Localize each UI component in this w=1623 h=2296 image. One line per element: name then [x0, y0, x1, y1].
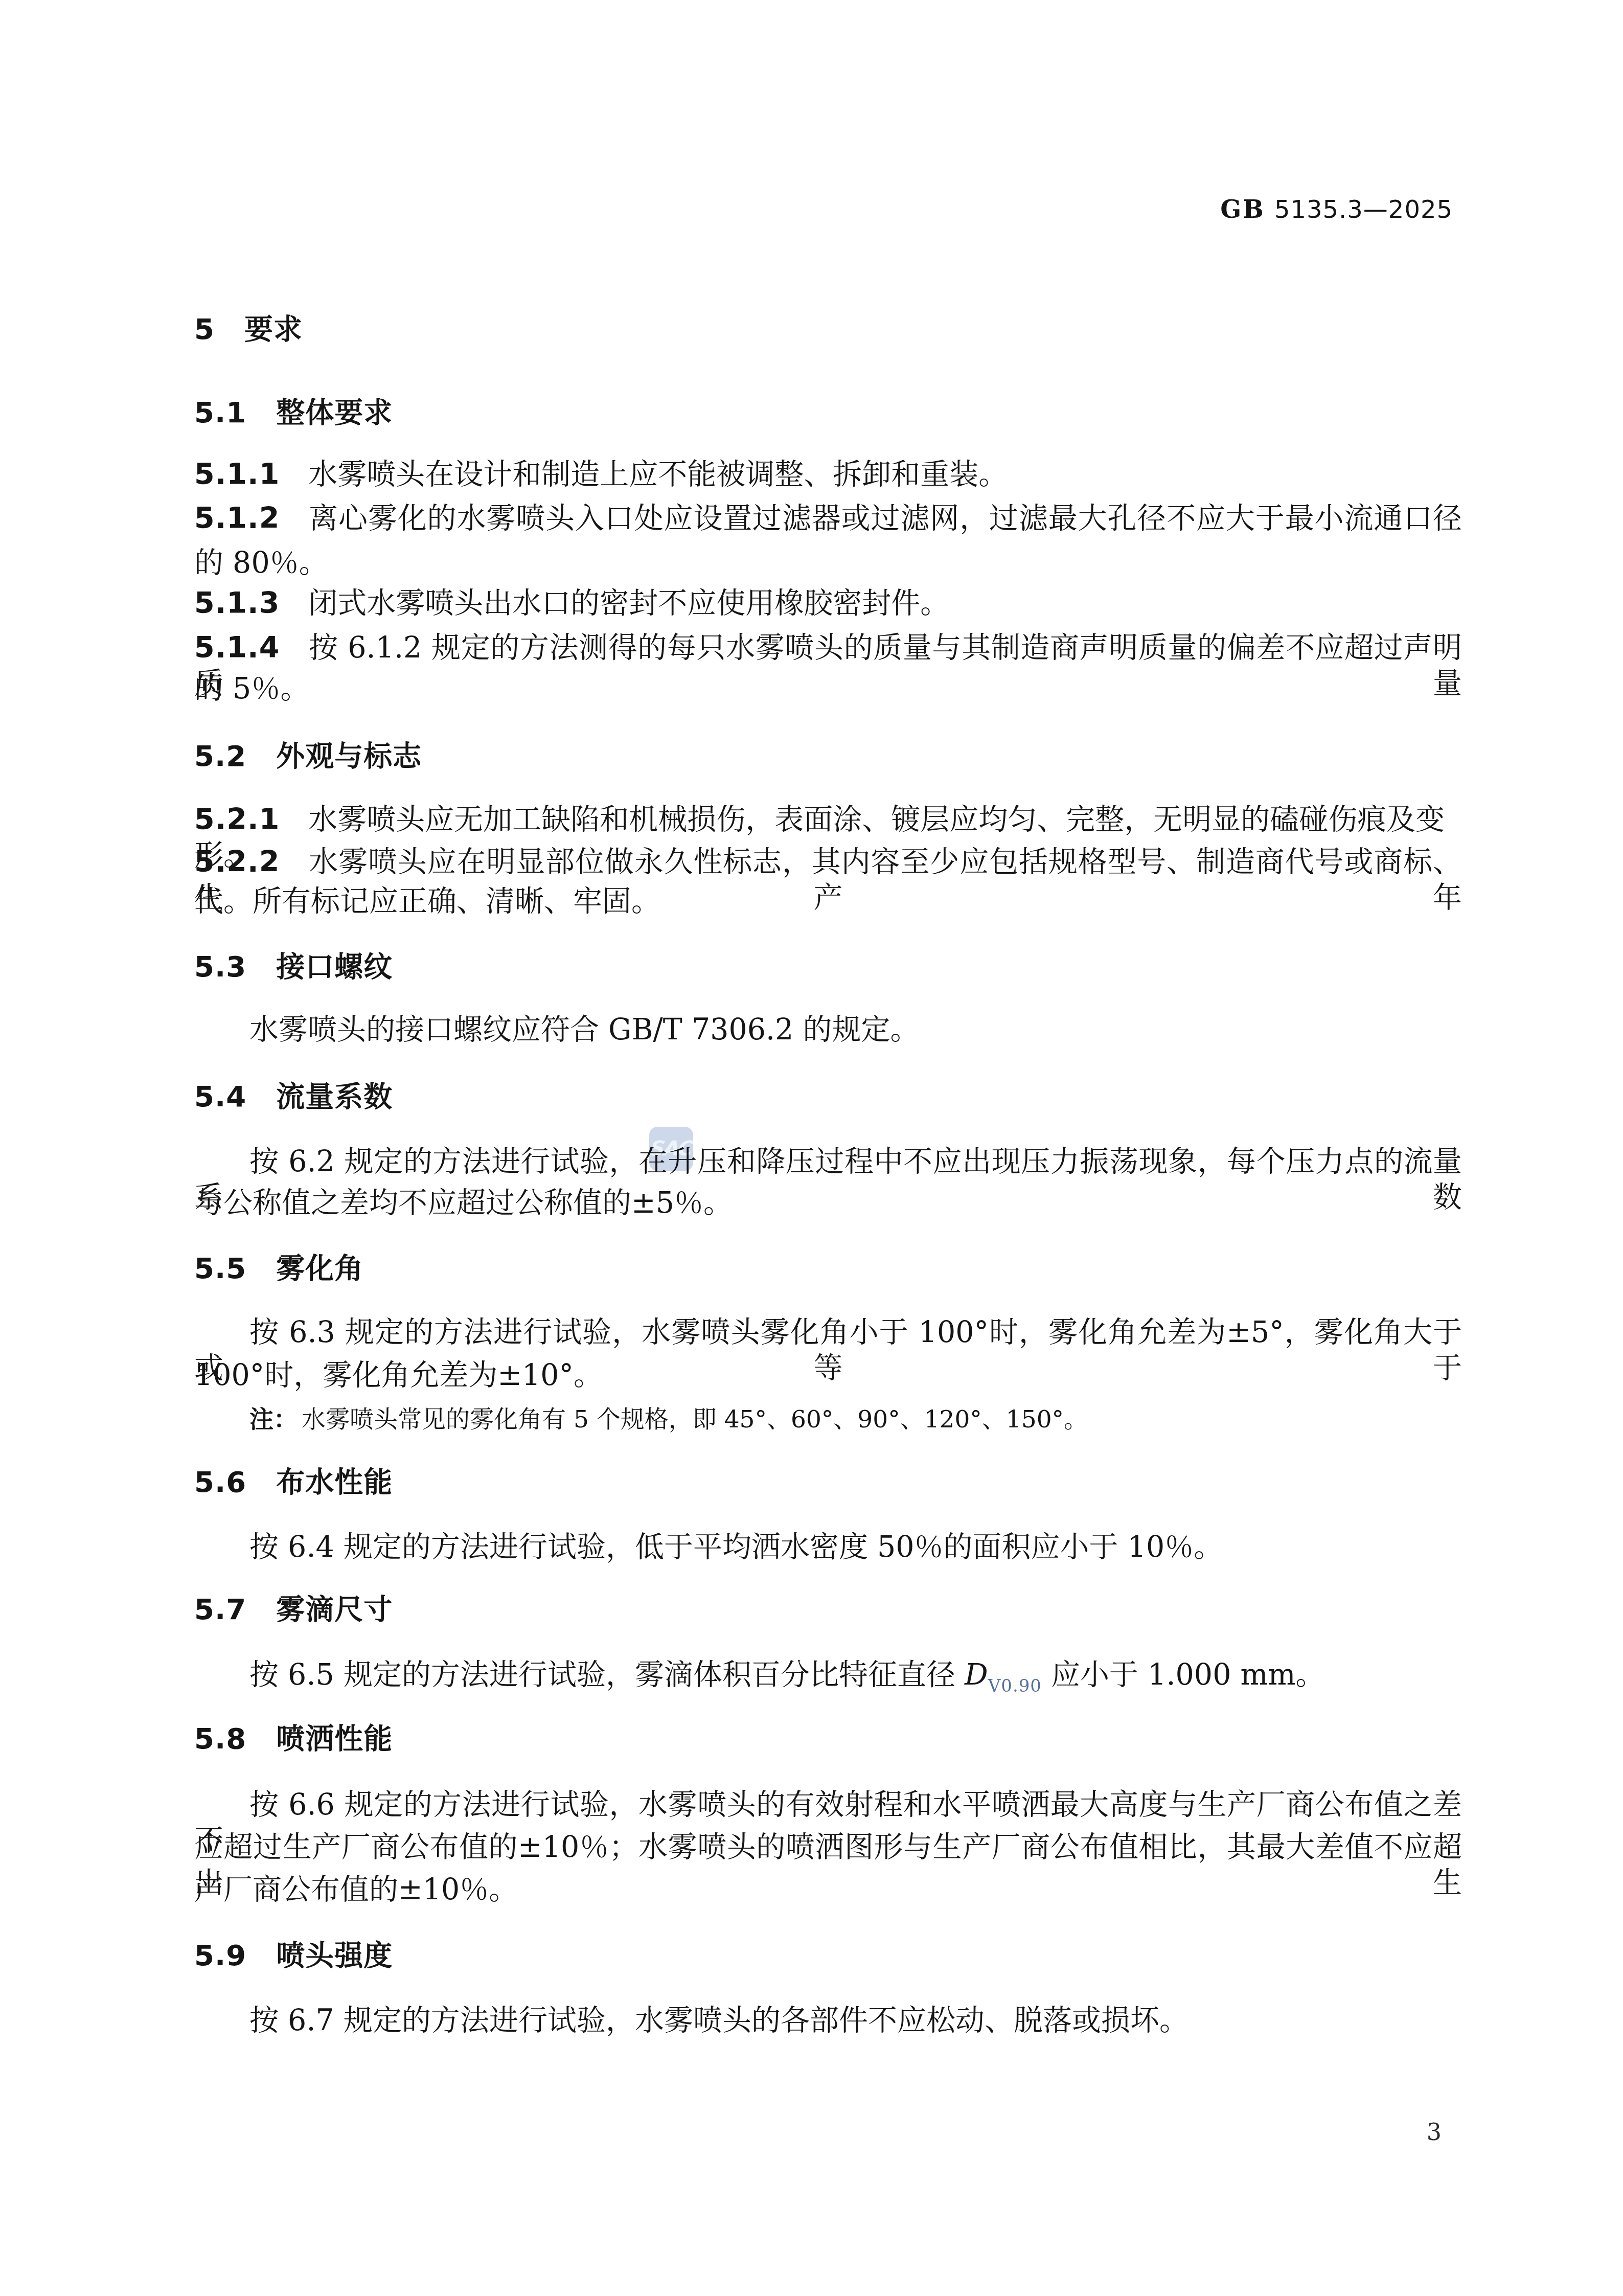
clause-text: 按 6.7 规定的方法进行试验，水雾喷头的各部件不应松动、脱落或损坏。	[249, 2004, 1188, 2037]
clause-5-7-heading: 5.7雾滴尺寸	[194, 1593, 1462, 1627]
clause-number: 5.9	[194, 1939, 246, 1972]
standard-document-page: GB5135.3—2025 SAC 5要求 5.1整体要求 5.1.1水雾喷头在…	[0, 0, 1623, 2296]
clause-title: 雾滴尺寸	[276, 1593, 393, 1626]
clause-5-5-heading: 5.5雾化角	[194, 1252, 1462, 1286]
clause-number: 5.2.1	[194, 803, 280, 836]
clause-title: 喷洒性能	[276, 1722, 393, 1756]
clause-text: 按 6.4 规定的方法进行试验，低于平均洒水密度 50％的面积应小于 10％。	[249, 1530, 1223, 1564]
clause-5-2-2-line-2: 代。所有标记应正确、清晰、牢固。	[194, 884, 1462, 920]
clause-text: 代。所有标记应正确、清晰、牢固。	[194, 884, 660, 918]
clause-5-7-paragraph: 按 6.5 规定的方法进行试验，雾滴体积百分比特征直径 DV0.90 应小于 1…	[194, 1657, 1462, 1697]
clause-title: 接口螺纹	[276, 950, 393, 984]
clause-5-1-3: 5.1.3闭式水雾喷头出水口的密封不应使用橡胶密封件。	[194, 586, 1462, 622]
clause-title: 要求	[244, 313, 303, 346]
clause-title: 外观与标志	[276, 740, 422, 773]
document-code-header: GB5135.3—2025	[194, 196, 1453, 223]
clause-text: 水雾喷头的接口螺纹应符合 GB/T 7306.2 的规定。	[249, 1013, 919, 1047]
clause-title: 流量系数	[276, 1080, 393, 1113]
clause-number: 5.2.2	[194, 845, 280, 879]
clause-text: 产厂商公布值的±10％。	[194, 1873, 518, 1906]
clause-number: 5.5	[194, 1252, 246, 1285]
clause-5-3-paragraph: 水雾喷头的接口螺纹应符合 GB/T 7306.2 的规定。	[194, 1012, 1462, 1048]
clause-number: 5.1.1	[194, 458, 280, 491]
clause-title: 布水性能	[276, 1466, 393, 1499]
clause-5-5-note: 注：水雾喷头常见的雾化角有 5 个规格，即 45°、60°、90°、120°、1…	[194, 1405, 1462, 1434]
standard-number: 5135.3—2025	[1274, 195, 1453, 224]
clause-5-4-heading: 5.4流量系数	[194, 1080, 1462, 1115]
clause-text: 闭式水雾喷头出水口的密封不应使用橡胶密封件。	[308, 586, 949, 620]
clause-text: 应小于 1.000 mm。	[1042, 1658, 1325, 1692]
clause-5-9-heading: 5.9喷头强度	[194, 1939, 1462, 1973]
clause-number: 5.1.3	[194, 586, 280, 620]
clause-number: 5.7	[194, 1593, 246, 1626]
clause-number: 5.3	[194, 950, 246, 984]
gb-prefix: GB	[1220, 195, 1265, 224]
clause-5-1-heading: 5.1整体要求	[194, 396, 1462, 430]
clause-5-6-paragraph: 按 6.4 规定的方法进行试验，低于平均洒水密度 50％的面积应小于 10％。	[194, 1530, 1462, 1565]
clause-text: 水雾喷头在设计和制造上应不能被调整、拆卸和重装。	[308, 458, 1008, 491]
page-number: 3	[194, 2118, 1442, 2146]
clause-title: 喷头强度	[276, 1939, 393, 1972]
clause-text: 离心雾化的水雾喷头入口处应设置过滤器或过滤网，过滤最大孔径不应大于最小流通口径	[308, 502, 1462, 535]
clause-5-3-heading: 5.3接口螺纹	[194, 950, 1462, 985]
clause-text: 按 6.5 规定的方法进行试验，雾滴体积百分比特征直径	[249, 1658, 965, 1692]
clause-number: 5.8	[194, 1722, 246, 1756]
diameter-symbol: D	[965, 1658, 988, 1692]
clause-5-2-heading: 5.2外观与标志	[194, 739, 1462, 774]
clause-text: 与公称值之差均不应超过公称值的±5％。	[194, 1186, 733, 1220]
clause-text: 的 80％。	[194, 546, 328, 580]
clause-5-8-line-3: 产厂商公布值的±10％。	[194, 1872, 1462, 1908]
clause-text: 的 5％。	[194, 672, 309, 706]
note-text: 水雾喷头常见的雾化角有 5 个规格，即 45°、60°、90°、120°、150…	[302, 1405, 1088, 1434]
clause-title: 雾化角	[276, 1252, 363, 1285]
section-5-heading: 5要求	[194, 312, 1462, 347]
clause-number: 5.2	[194, 740, 246, 773]
clause-number: 5.6	[194, 1466, 246, 1499]
clause-5-1-4-line-2: 的 5％。	[194, 671, 1462, 707]
clause-5-9-paragraph: 按 6.7 规定的方法进行试验，水雾喷头的各部件不应松动、脱落或损坏。	[194, 2003, 1462, 2039]
clause-number: 5.1.4	[194, 631, 280, 665]
diameter-subscript: V0.90	[988, 1676, 1042, 1696]
clause-number: 5	[194, 313, 215, 346]
clause-5-5-line-2: 100°时，雾化角允差为±10°。	[194, 1358, 1462, 1394]
clause-5-1-1: 5.1.1水雾喷头在设计和制造上应不能被调整、拆卸和重装。	[194, 457, 1462, 493]
note-label: 注：	[249, 1405, 298, 1434]
clause-5-6-heading: 5.6布水性能	[194, 1465, 1462, 1500]
clause-number: 5.4	[194, 1080, 246, 1113]
clause-5-8-heading: 5.8喷洒性能	[194, 1722, 1462, 1757]
clause-number: 5.1	[194, 396, 246, 429]
clause-5-1-2-line-2: 的 80％。	[194, 545, 1462, 581]
clause-5-4-line-2: 与公称值之差均不应超过公称值的±5％。	[194, 1186, 1462, 1221]
clause-text: 100°时，雾化角允差为±10°。	[194, 1358, 603, 1392]
clause-5-1-2-line-1: 5.1.2离心雾化的水雾喷头入口处应设置过滤器或过滤网，过滤最大孔径不应大于最小…	[194, 501, 1462, 537]
clause-title: 整体要求	[276, 396, 393, 429]
clause-number: 5.1.2	[194, 502, 280, 535]
